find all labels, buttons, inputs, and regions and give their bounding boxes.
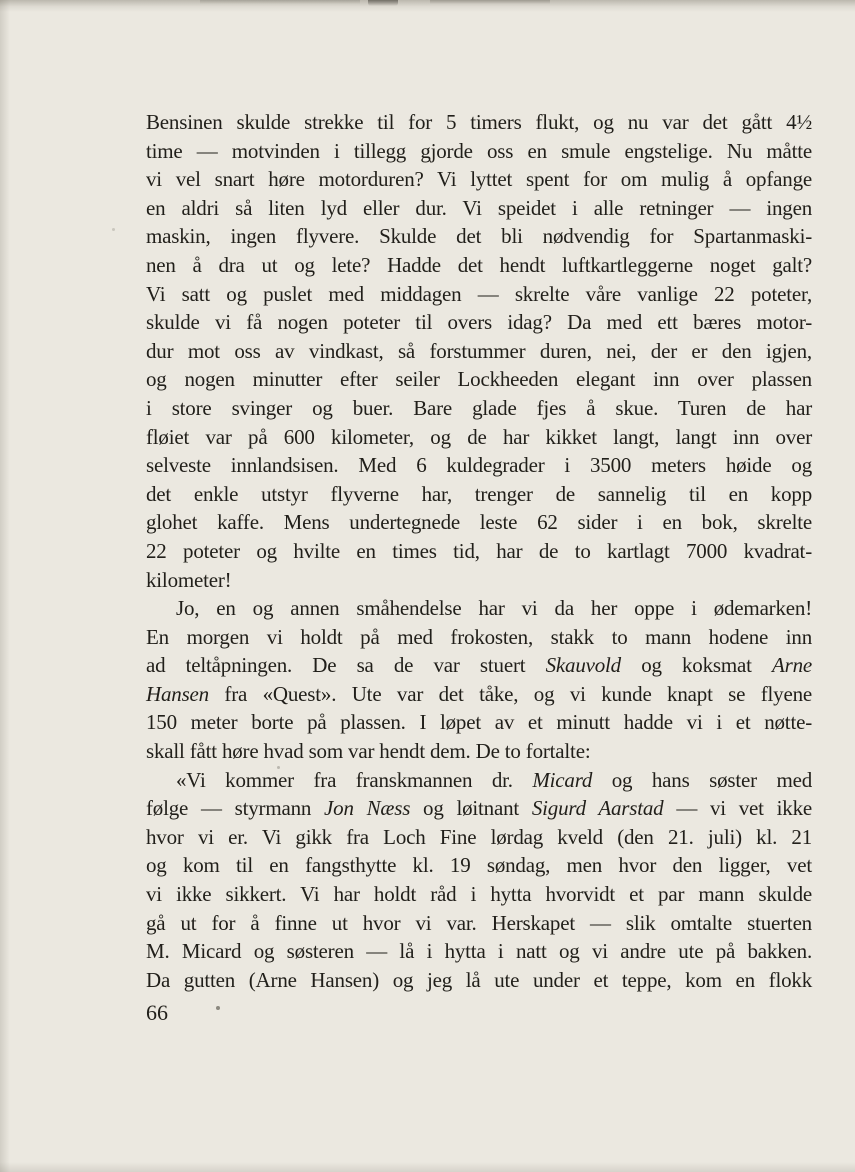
text-run: En morgen vi holdt på med frokosten, sta… xyxy=(146,625,812,649)
text-run: nen å dra ut og lete? Hadde det hendt lu… xyxy=(146,253,812,277)
text-run: Bensinen skulde strekke til for 5 timers… xyxy=(146,110,812,134)
scanned-book-page: { "colors": { "paper": "#ebe8e0", "ink":… xyxy=(0,0,855,1172)
text-line: og kom til en fangsthytte kl. 19 søndag,… xyxy=(146,851,812,880)
text-line: selveste innlandsisen. Med 6 kuldegrader… xyxy=(146,451,812,480)
text-run: skulde vi få nogen poteter til overs ida… xyxy=(146,310,812,334)
text-block: Bensinen skulde strekke til for 5 timers… xyxy=(146,108,812,994)
text-run: selveste innlandsisen. Med 6 kuldegrader… xyxy=(146,453,812,477)
text-run: fra «Quest». Ute var det tåke, og vi kun… xyxy=(209,682,812,706)
text-line: det enkle utstyr flyverne har, trenger d… xyxy=(146,480,812,509)
text-run: «Vi kommer fra franskmannen dr. xyxy=(176,768,532,792)
scan-top-streak xyxy=(200,0,360,4)
text-line: kilometer! xyxy=(146,566,812,595)
scan-top-streak xyxy=(368,0,398,6)
text-line: 150 meter borte på plassen. I løpet av e… xyxy=(146,708,812,737)
scan-speck xyxy=(216,1006,220,1010)
text-run-italic: Skauvold xyxy=(546,653,621,677)
text-line: fløiet var på 600 kilometer, og de har k… xyxy=(146,423,812,452)
text-run: og hans søster med xyxy=(592,768,812,792)
text-run-italic: Sigurd Aarstad xyxy=(532,796,664,820)
text-run: Vi satt og puslet med middagen — skrelte… xyxy=(146,282,812,306)
text-run: og nogen minutter efter seiler Lockheede… xyxy=(146,367,812,391)
text-run: det enkle utstyr flyverne har, trenger d… xyxy=(146,482,812,506)
text-line: vi ikke sikkert. Vi har holdt råd i hytt… xyxy=(146,880,812,909)
page-number: 66 xyxy=(146,998,168,1028)
scan-top-streak xyxy=(430,0,550,4)
scan-top-edge-shadow xyxy=(0,0,855,12)
text-run: en aldri så liten lyd eller dur. Vi spei… xyxy=(146,196,812,220)
text-run-italic: Micard xyxy=(532,768,592,792)
text-line: maskin, ingen flyvere. Skulde det bli nø… xyxy=(146,222,812,251)
text-line: ad teltåpningen. De sa de var stuert Ska… xyxy=(146,651,812,680)
scan-speck xyxy=(112,228,115,231)
text-line: Da gutten (Arne Hansen) og jeg lå ute un… xyxy=(146,966,812,995)
text-run: Jo, en og annen småhendelse har vi da he… xyxy=(176,596,812,620)
text-run: i store svinger og buer. Bare glade fjes… xyxy=(146,396,812,420)
text-line: En morgen vi holdt på med frokosten, sta… xyxy=(146,623,812,652)
text-line: glohet kaffe. Mens undertegnede leste 62… xyxy=(146,508,812,537)
text-run-italic: Hansen xyxy=(146,682,209,706)
text-line: en aldri så liten lyd eller dur. Vi spei… xyxy=(146,194,812,223)
text-run: Da gutten (Arne Hansen) og jeg lå ute un… xyxy=(146,968,812,992)
text-line: følge — styrmann Jon Næss og løitnant Si… xyxy=(146,794,812,823)
text-run: fløiet var på 600 kilometer, og de har k… xyxy=(146,425,812,449)
text-run: M. Micard og søsteren — lå i hytta i nat… xyxy=(146,939,812,963)
scan-bottom-edge-shadow xyxy=(0,1162,855,1172)
text-run: vi vel snart høre motorduren? Vi lyttet … xyxy=(146,167,812,191)
text-run: kilometer! xyxy=(146,568,231,592)
text-run: 150 meter borte på plassen. I løpet av e… xyxy=(146,710,812,734)
text-run: hvor vi er. Vi gikk fra Loch Fine lørdag… xyxy=(146,825,812,849)
text-line: Jo, en og annen småhendelse har vi da he… xyxy=(146,594,812,623)
text-run: og kom til en fangsthytte kl. 19 søndag,… xyxy=(146,853,812,877)
text-line: time — motvinden i tillegg gjorde oss en… xyxy=(146,137,812,166)
text-line: vi vel snart høre motorduren? Vi lyttet … xyxy=(146,165,812,194)
text-run-italic: Arne xyxy=(772,653,812,677)
text-run: maskin, ingen flyvere. Skulde det bli nø… xyxy=(146,224,812,248)
text-line: og nogen minutter efter seiler Lockheede… xyxy=(146,365,812,394)
text-line: dur mot oss av vindkast, så forstummer d… xyxy=(146,337,812,366)
text-run: og løitnant xyxy=(410,796,532,820)
text-run: glohet kaffe. Mens undertegnede leste 62… xyxy=(146,510,812,534)
text-line: nen å dra ut og lete? Hadde det hendt lu… xyxy=(146,251,812,280)
text-line: skall fått høre hvad som var hendt dem. … xyxy=(146,737,812,766)
text-line: 22 poteter og hvilte en times tid, har d… xyxy=(146,537,812,566)
text-run: gå ut for å finne ut hvor vi var. Herska… xyxy=(146,911,812,935)
text-line: gå ut for å finne ut hvor vi var. Herska… xyxy=(146,909,812,938)
text-run: time — motvinden i tillegg gjorde oss en… xyxy=(146,139,812,163)
text-run: vi ikke sikkert. Vi har holdt råd i hytt… xyxy=(146,882,812,906)
text-run: ad teltåpningen. De sa de var stuert xyxy=(146,653,546,677)
text-line: Bensinen skulde strekke til for 5 timers… xyxy=(146,108,812,137)
text-run: 22 poteter og hvilte en times tid, har d… xyxy=(146,539,812,563)
text-run: og koksmat xyxy=(621,653,772,677)
text-line: i store svinger og buer. Bare glade fjes… xyxy=(146,394,812,423)
text-line: skulde vi få nogen poteter til overs ida… xyxy=(146,308,812,337)
text-run-italic: Jon Næss xyxy=(324,796,410,820)
text-line: «Vi kommer fra franskmannen dr. Micard o… xyxy=(146,766,812,795)
text-line: M. Micard og søsteren — lå i hytta i nat… xyxy=(146,937,812,966)
text-line: hvor vi er. Vi gikk fra Loch Fine lørdag… xyxy=(146,823,812,852)
text-run: — vi vet ikke xyxy=(663,796,812,820)
text-line: Vi satt og puslet med middagen — skrelte… xyxy=(146,280,812,309)
text-run: skall fått høre hvad som var hendt dem. … xyxy=(146,739,590,763)
text-run: dur mot oss av vindkast, så forstummer d… xyxy=(146,339,812,363)
scan-left-edge-shadow xyxy=(0,0,10,1172)
text-line: Hansen fra «Quest». Ute var det tåke, og… xyxy=(146,680,812,709)
text-run: følge — styrmann xyxy=(146,796,324,820)
